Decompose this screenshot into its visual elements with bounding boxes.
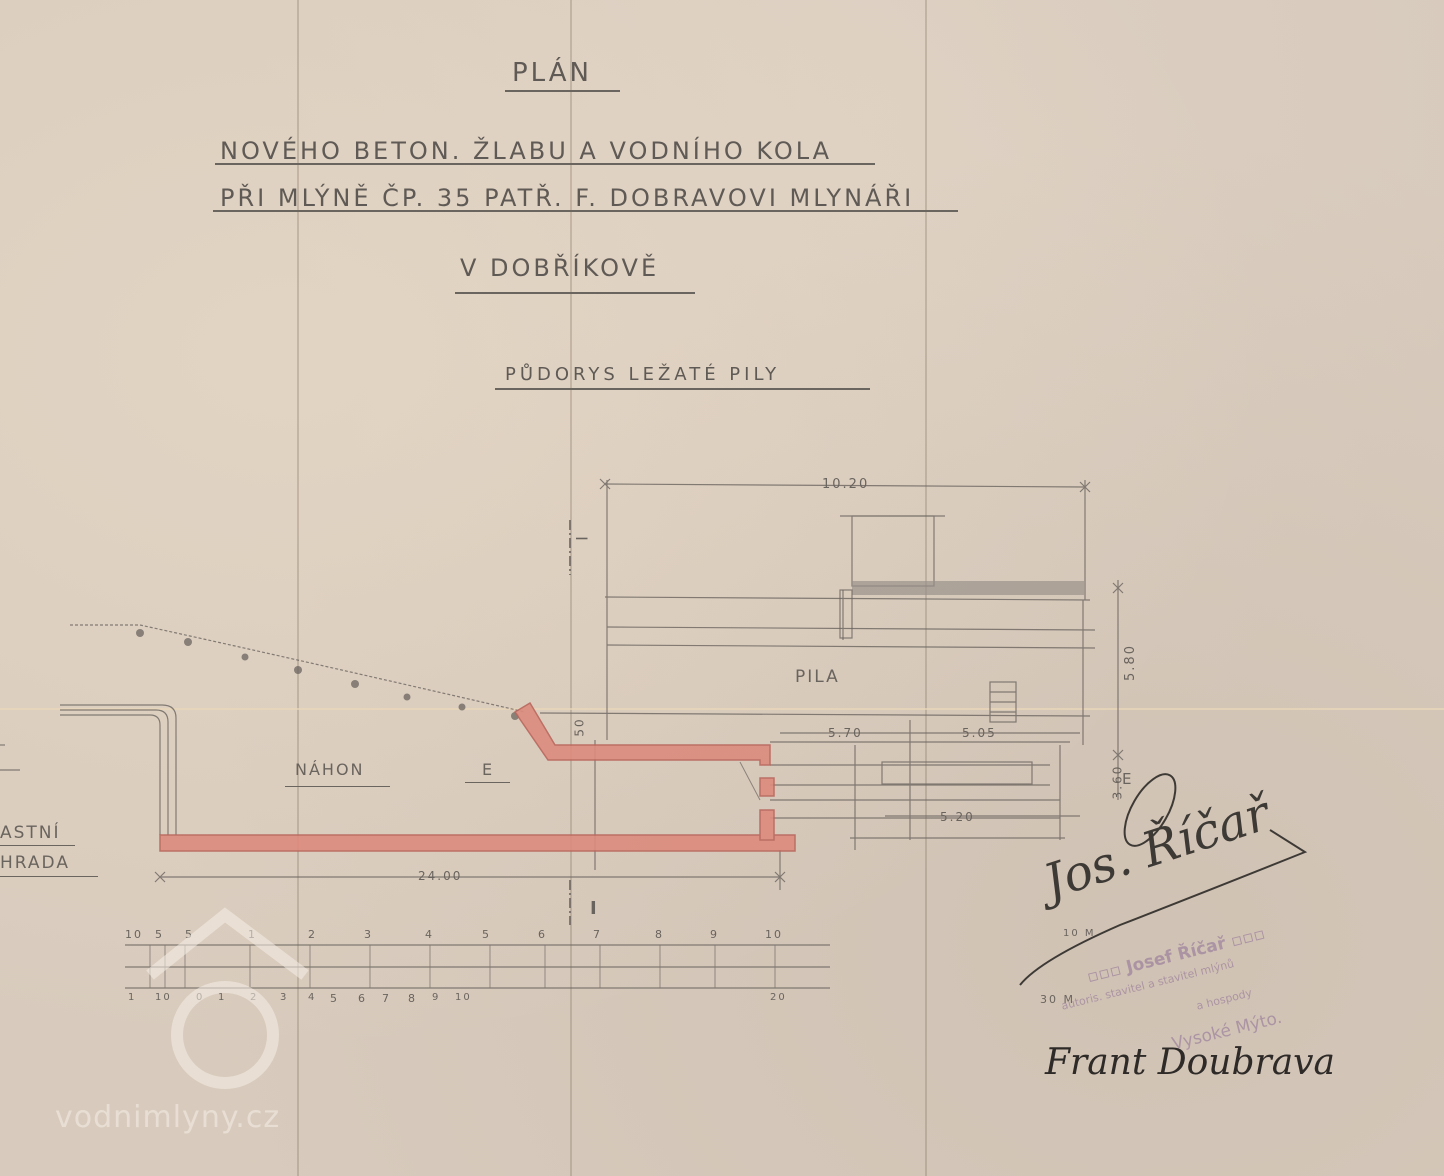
watermark-text: vodnimlyny.cz — [55, 1100, 280, 1135]
watermark-logo — [0, 0, 1444, 1176]
